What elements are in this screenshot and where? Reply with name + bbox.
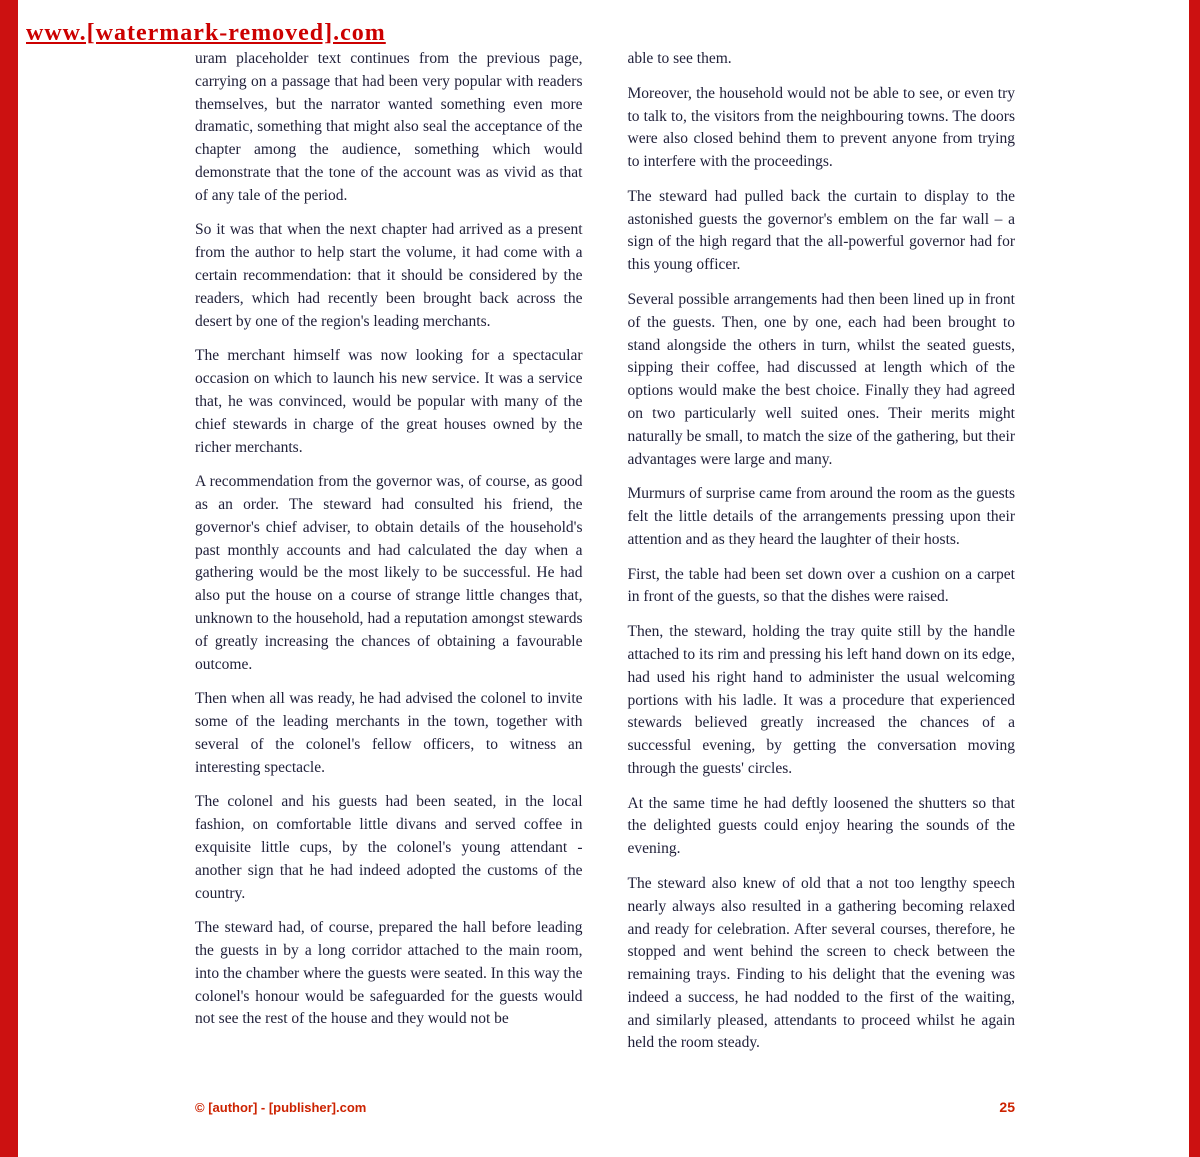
body-paragraph: The merchant himself was now looking for…	[195, 345, 583, 459]
body-paragraph: The steward had, of course, prepared the…	[195, 917, 583, 1031]
body-paragraph: Moreover, the household would not be abl…	[628, 83, 1016, 174]
publisher-credit: © [author] - [publisher].com	[195, 1100, 366, 1115]
body-paragraph: able to see them.	[628, 48, 1016, 71]
text-column-left: uram placeholder text continues from the…	[195, 48, 583, 1082]
site-watermark: www.[watermark-removed].com	[26, 20, 386, 47]
body-paragraph: At the same time he had deftly loosened …	[628, 793, 1016, 861]
body-paragraph: The steward had pulled back the curtain …	[628, 186, 1016, 277]
body-paragraph: Then, the steward, holding the tray quit…	[628, 621, 1016, 780]
right-page-edge	[1189, 0, 1200, 1157]
text-column-right: able to see them.Moreover, the household…	[628, 48, 1016, 1082]
left-page-edge	[0, 0, 18, 1157]
body-paragraph: Several possible arrangements had then b…	[628, 289, 1016, 471]
page-footer: © [author] - [publisher].com 25	[195, 1099, 1015, 1115]
page-number: 25	[999, 1099, 1015, 1115]
body-paragraph: First, the table had been set down over …	[628, 564, 1016, 610]
body-paragraph: The steward also knew of old that a not …	[628, 873, 1016, 1055]
body-paragraph: Then when all was ready, he had advised …	[195, 688, 583, 779]
document-body: uram placeholder text continues from the…	[195, 48, 1015, 1082]
body-paragraph: The colonel and his guests had been seat…	[195, 791, 583, 905]
body-paragraph: A recommendation from the governor was, …	[195, 471, 583, 676]
body-paragraph: So it was that when the next chapter had…	[195, 219, 583, 333]
body-paragraph: uram placeholder text continues from the…	[195, 48, 583, 207]
body-paragraph: Murmurs of surprise came from around the…	[628, 483, 1016, 551]
